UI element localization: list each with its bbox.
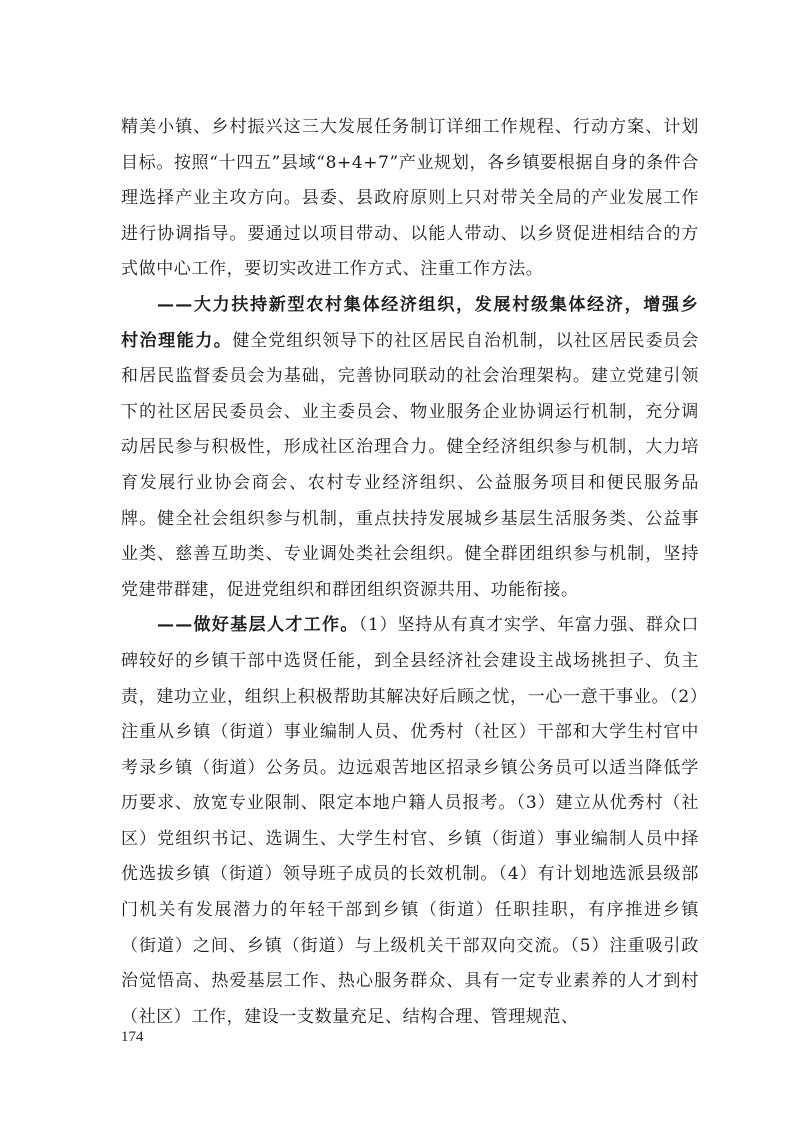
paragraph-grassroots-talent: ——做好基层人才工作。（1）坚持从有真才实学、年富力强、群众口碑较好的乡镇干部中… xyxy=(121,608,699,1035)
paragraph-text: 精美小镇、乡村振兴这三大发展任务制订详细工作规程、行动方案、计划目标。按照“十四… xyxy=(121,117,699,279)
paragraph-heading: ——做好基层人才工作。 xyxy=(157,615,359,635)
paragraph-rural-collective-economy: ——大力扶持新型农村集体经济组织，发展村级集体经济，增强乡村治理能力。健全党组织… xyxy=(121,288,699,608)
page-number: 174 xyxy=(121,1029,144,1046)
paragraph-continuation: 精美小镇、乡村振兴这三大发展任务制订详细工作规程、行动方案、计划目标。按照“十四… xyxy=(121,110,699,288)
page-body: 精美小镇、乡村振兴这三大发展任务制订详细工作规程、行动方案、计划目标。按照“十四… xyxy=(121,110,699,1035)
paragraph-text: 健全党组织领导下的社区居民自治机制，以社区居民委员会和居民监督委员会为基础，完善… xyxy=(121,331,699,600)
paragraph-text: （1）坚持从有真才实学、年富力强、群众口碑较好的乡镇干部中选贤任能，到全县经济社… xyxy=(121,615,699,1027)
